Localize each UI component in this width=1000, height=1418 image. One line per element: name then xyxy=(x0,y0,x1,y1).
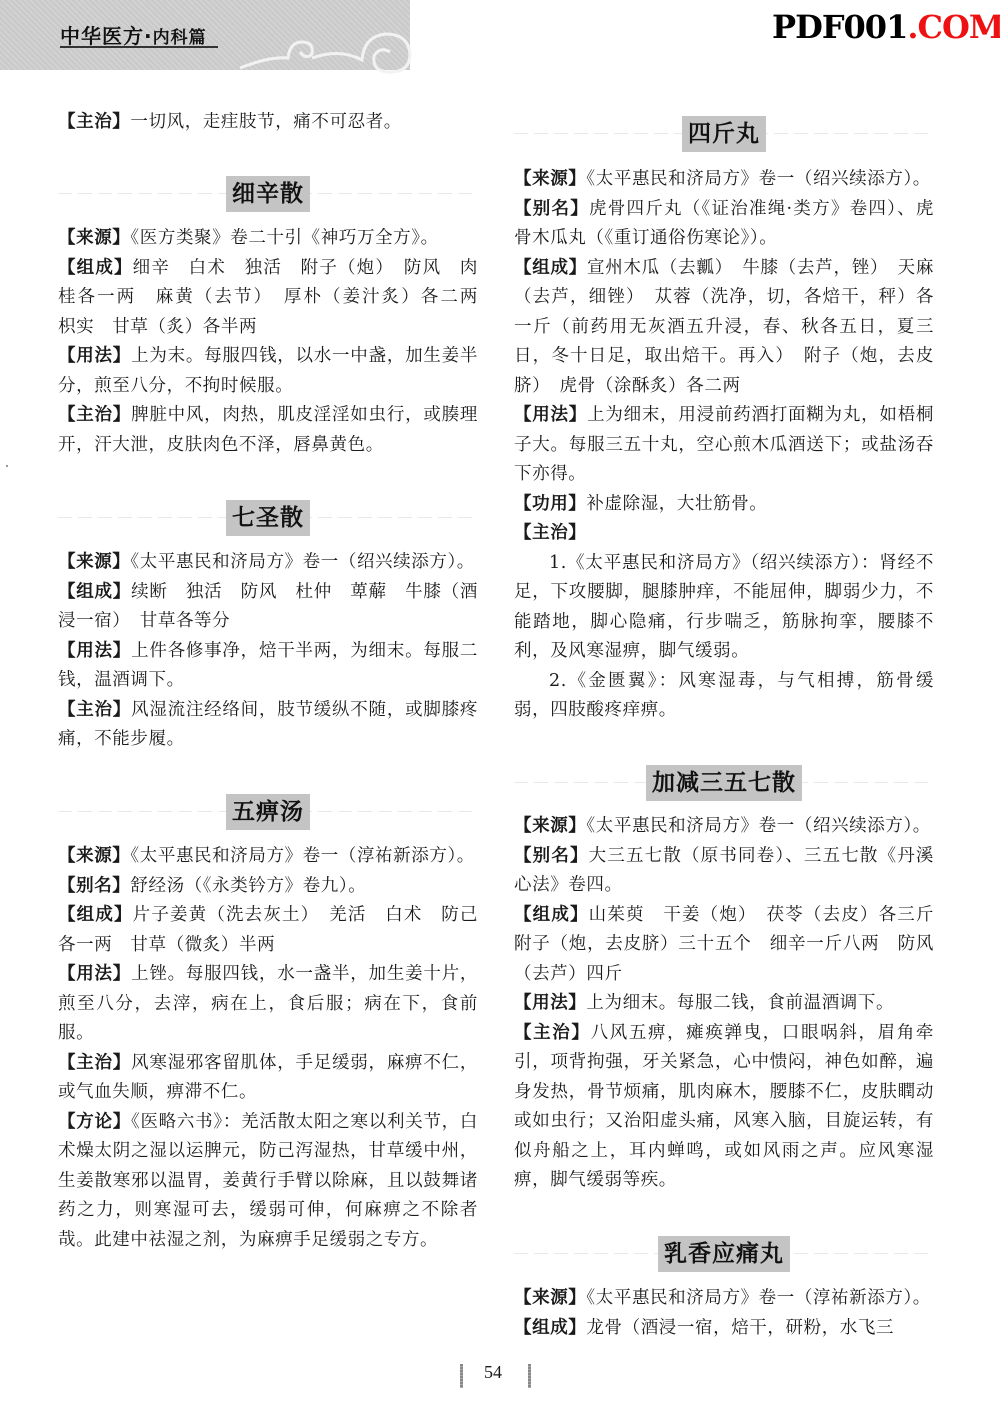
section-heading-qishengsan: 七圣散 xyxy=(58,500,478,536)
section-heading-sijinwan: 四斤丸 xyxy=(514,116,934,152)
field-text: 2.《金匮翼》：风寒湿毒，与气相搏，筋骨缓弱，四肢酸疼痒痹。 xyxy=(514,671,934,721)
field-label: 【主治】 xyxy=(58,1053,131,1073)
section-heading-xixinsan: 细辛散 xyxy=(58,176,478,212)
field-usage: 【用法】上为末。每服四钱，以水一中盏，加生姜半分，煎至八分，不拘时候服。 xyxy=(58,342,478,401)
field-label: 【功用】 xyxy=(514,494,586,514)
field-text: 《医方类聚》卷二十引《神巧万全方》。 xyxy=(130,228,438,248)
cloud-ornament-icon xyxy=(240,28,415,78)
field-text: 补虚除湿，大壮筋骨。 xyxy=(586,494,767,514)
field-text: 龙骨（酒浸一宿，焙干，研粉，水飞三 xyxy=(586,1318,894,1338)
field-label: 【用法】 xyxy=(514,405,587,425)
field-text: 《太平惠民和济局方》卷一（绍兴续添方）。 xyxy=(586,169,931,189)
formula-title: 乳香应痛丸 xyxy=(658,1236,790,1272)
field-composition: 【组成】龙骨（酒浸一宿，焙干，研粉，水飞三 xyxy=(514,1314,934,1344)
section-body-jiajiansanwuqisan: 【来源】《太平惠民和济局方》卷一（绍兴续添方）。 【别名】大三五七散（原书同卷）… xyxy=(514,812,934,1196)
page-number-bar-right xyxy=(528,1364,531,1388)
field-label: 【主治】 xyxy=(514,523,586,543)
page-number-bar-left xyxy=(460,1364,463,1388)
formula-title: 细辛散 xyxy=(226,176,310,212)
watermark-logo: PDF001.COM xyxy=(772,8,1000,46)
field-label: 【组成】 xyxy=(58,905,133,925)
volume-title: 内科篇 xyxy=(153,28,207,48)
field-commentary: 【方论】《医略六书》：羌活散太阳之寒以利关节，白术燥太阴之湿以运脾元，防己泻湿热… xyxy=(58,1108,478,1256)
field-text: 《医略六书》：羌活散太阳之寒以利关节，白术燥太阴之湿以运脾元，防己泻湿热，甘草缓… xyxy=(58,1112,478,1250)
field-text: 舒经汤（《永类钤方》卷九）。 xyxy=(130,876,366,896)
field-composition: 【组成】片子姜黄（洗去灰土） 羌活 白术 防己各一两 甘草（微炙）半两 xyxy=(58,901,478,960)
field-text: 八风五痹，瘫痪亸曳，口眼㖞斜，眉角牵引，项背拘强，牙关紧急，心中愦闷，神色如醉，… xyxy=(514,1023,934,1191)
field-label: 【主治】 xyxy=(58,405,131,425)
page-number: 54 xyxy=(484,1362,502,1383)
field-alias: 【别名】大三五七散（原书同卷）、三五七散《丹溪心法》卷四。 xyxy=(514,842,934,901)
field-label: 【组成】 xyxy=(514,1318,586,1338)
section-body-wubitang: 【来源】《太平惠民和济局方》卷一（淳祐新添方）。 【别名】舒经汤（《永类钤方》卷… xyxy=(58,842,478,1255)
field-source: 【来源】《太平惠民和济局方》卷一（淳祐新添方）。 xyxy=(514,1284,934,1314)
field-label: 【用法】 xyxy=(58,346,131,366)
field-label: 【来源】 xyxy=(58,552,130,572)
field-source: 【来源】《医方类聚》卷二十引《神巧万全方》。 xyxy=(58,224,478,254)
field-label: 【主治】 xyxy=(58,112,130,132)
field-text: 《太平惠民和济局方》卷一（淳祐新添方）。 xyxy=(586,1288,931,1308)
field-text: 1.《太平惠民和济局方》（绍兴续添方）：肾经不足，下攻腰脚，腿膝肿痒，不能屈伸，… xyxy=(514,553,934,662)
field-label: 【别名】 xyxy=(514,199,589,219)
header-underline xyxy=(60,46,218,48)
field-indication: 【主治】八风五痹，瘫痪亸曳，口眼㖞斜，眉角牵引，项背拘强，牙关紧急，心中愦闷，神… xyxy=(514,1019,934,1196)
field-text: 《太平惠民和济局方》卷一（淳祐新添方）。 xyxy=(130,846,475,866)
carryover-paragraph: 【主治】一切风，走疰肢节，痛不可忍者。 xyxy=(58,108,478,138)
field-label: 【用法】 xyxy=(58,964,131,984)
field-usage: 【用法】上件各修事净，焙干半两，为细末。每服二钱，温酒调下。 xyxy=(58,637,478,696)
field-label: 【组成】 xyxy=(514,905,589,925)
field-label: 【组成】 xyxy=(514,258,587,278)
field-text: 上为细末。每服二钱，食前温酒调下。 xyxy=(586,993,894,1013)
formula-title: 五痹汤 xyxy=(226,794,310,830)
field-usage: 【用法】上锉。每服四钱，水一盏半，加生姜十片，煎至八分，去滓，病在上，食后服；病… xyxy=(58,960,478,1049)
field-composition: 【组成】细辛 白术 独活 附子（炮） 防风 肉桂各一两 麻黄（去节） 厚朴（姜汁… xyxy=(58,254,478,343)
field-indication: 【主治】风湿流注经络间，肢节缓纵不随，或脚膝疼痛，不能步履。 xyxy=(58,696,478,755)
field-text: 宣州木瓜（去瓤） 牛膝（去芦，锉） 天麻（去芦，细锉） 苁蓉（洗净，切，各焙干，… xyxy=(514,258,934,396)
watermark-text-main: PDF001 xyxy=(772,8,907,46)
field-source: 【来源】《太平惠民和济局方》卷一（绍兴续添方）。 xyxy=(58,548,478,578)
field-label: 【来源】 xyxy=(58,846,130,866)
section-body-sijinwan: 【来源】《太平惠民和济局方》卷一（绍兴续添方）。 【别名】虎骨四斤丸（《证治准绳… xyxy=(514,165,934,726)
field-indication: 【主治】 xyxy=(514,519,934,549)
page-footer: 54 xyxy=(0,1362,1000,1392)
field-alias: 【别名】虎骨四斤丸（《证治准绳·类方》卷四）、虎骨木瓜丸（《重订通俗伤寒论》）。 xyxy=(514,195,934,254)
field-label: 【主治】 xyxy=(58,700,131,720)
field-source: 【来源】《太平惠民和济局方》卷一（淳祐新添方）。 xyxy=(58,842,478,872)
section-body-qishengsan: 【来源】《太平惠民和济局方》卷一（绍兴续添方）。 【组成】续断 独活 防风 杜仲… xyxy=(58,548,478,755)
field-label: 【别名】 xyxy=(514,846,589,866)
header-band: 中华医方·内科篇 xyxy=(0,0,410,70)
field-text: 《太平惠民和济局方》卷一（绍兴续添方）。 xyxy=(586,816,931,836)
field-label: 【主治】 xyxy=(514,1023,591,1043)
field-indication: 【主治】风寒湿邪客留肌体，手足缓弱，麻痹不仁，或气血失顺，痹滞不仁。 xyxy=(58,1049,478,1108)
scan-speck xyxy=(6,465,8,467)
field-indication: 【主治】脾脏中风，肉热，肌皮淫淫如虫行，或腠理开，汗大泄，皮肤肉色不泽，唇鼻黄色… xyxy=(58,401,478,460)
field-label: 【方论】 xyxy=(58,1112,131,1132)
field-alias: 【别名】舒经汤（《永类钤方》卷九）。 xyxy=(58,872,478,902)
section-heading-jiajiansanwuqisan: 加减三五七散 xyxy=(514,765,934,801)
section-body-xixinsan: 【来源】《医方类聚》卷二十引《神巧万全方》。 【组成】细辛 白术 独活 附子（炮… xyxy=(58,224,478,460)
book-header-title: 中华医方·内科篇 xyxy=(60,20,207,49)
field-label: 【来源】 xyxy=(514,816,586,836)
indication-item-1: 1.《太平惠民和济局方》（绍兴续添方）：肾经不足，下攻腰脚，腿膝肿痒，不能屈伸，… xyxy=(514,549,934,667)
field-label: 【来源】 xyxy=(514,1288,586,1308)
field-source: 【来源】《太平惠民和济局方》卷一（绍兴续添方）。 xyxy=(514,165,934,195)
field-function: 【功用】补虚除湿，大壮筋骨。 xyxy=(514,490,934,520)
title-separator: · xyxy=(144,24,153,48)
field-label: 【别名】 xyxy=(58,876,130,896)
field-label: 【组成】 xyxy=(58,582,131,602)
watermark-text-domain: .COM xyxy=(907,8,1000,46)
section-body-ruxiangyingtongwan: 【来源】《太平惠民和济局方》卷一（淳祐新添方）。 【组成】龙骨（酒浸一宿，焙干，… xyxy=(514,1284,934,1343)
indication-item-2: 2.《金匮翼》：风寒湿毒，与气相搏，筋骨缓弱，四肢酸疼痒痹。 xyxy=(514,667,934,726)
field-text: 《太平惠民和济局方》卷一（绍兴续添方）。 xyxy=(130,552,475,572)
field-label: 【用法】 xyxy=(514,993,586,1013)
formula-title: 七圣散 xyxy=(226,500,310,536)
field-composition: 【组成】宣州木瓜（去瓤） 牛膝（去芦，锉） 天麻（去芦，细锉） 苁蓉（洗净，切，… xyxy=(514,254,934,402)
field-composition: 【组成】山茱萸 干姜（炮） 茯苓（去皮）各三斤 附子（炮，去皮脐）三十五个 细辛… xyxy=(514,901,934,990)
field-label: 【用法】 xyxy=(58,641,131,661)
field-source: 【来源】《太平惠民和济局方》卷一（绍兴续添方）。 xyxy=(514,812,934,842)
field-text: 一切风，走疰肢节，痛不可忍者。 xyxy=(130,112,402,132)
formula-title: 加减三五七散 xyxy=(646,765,802,801)
formula-title: 四斤丸 xyxy=(682,116,766,152)
field-label: 【来源】 xyxy=(58,228,130,248)
field-label: 【来源】 xyxy=(514,169,586,189)
field-composition: 【组成】续断 独活 防风 杜仲 萆薢 牛膝（酒浸一宿） 甘草各等分 xyxy=(58,578,478,637)
section-heading-ruxiangyingtongwan: 乳香应痛丸 xyxy=(514,1236,934,1272)
book-title: 中华医方 xyxy=(60,24,144,48)
section-heading-wubitang: 五痹汤 xyxy=(58,794,478,830)
field-usage: 【用法】上为细末，用浸前药酒打面糊为丸，如梧桐子大。每服三五十丸，空心煎木瓜酒送… xyxy=(514,401,934,490)
field-label: 【组成】 xyxy=(58,258,133,278)
field-usage: 【用法】上为细末。每服二钱，食前温酒调下。 xyxy=(514,989,934,1019)
